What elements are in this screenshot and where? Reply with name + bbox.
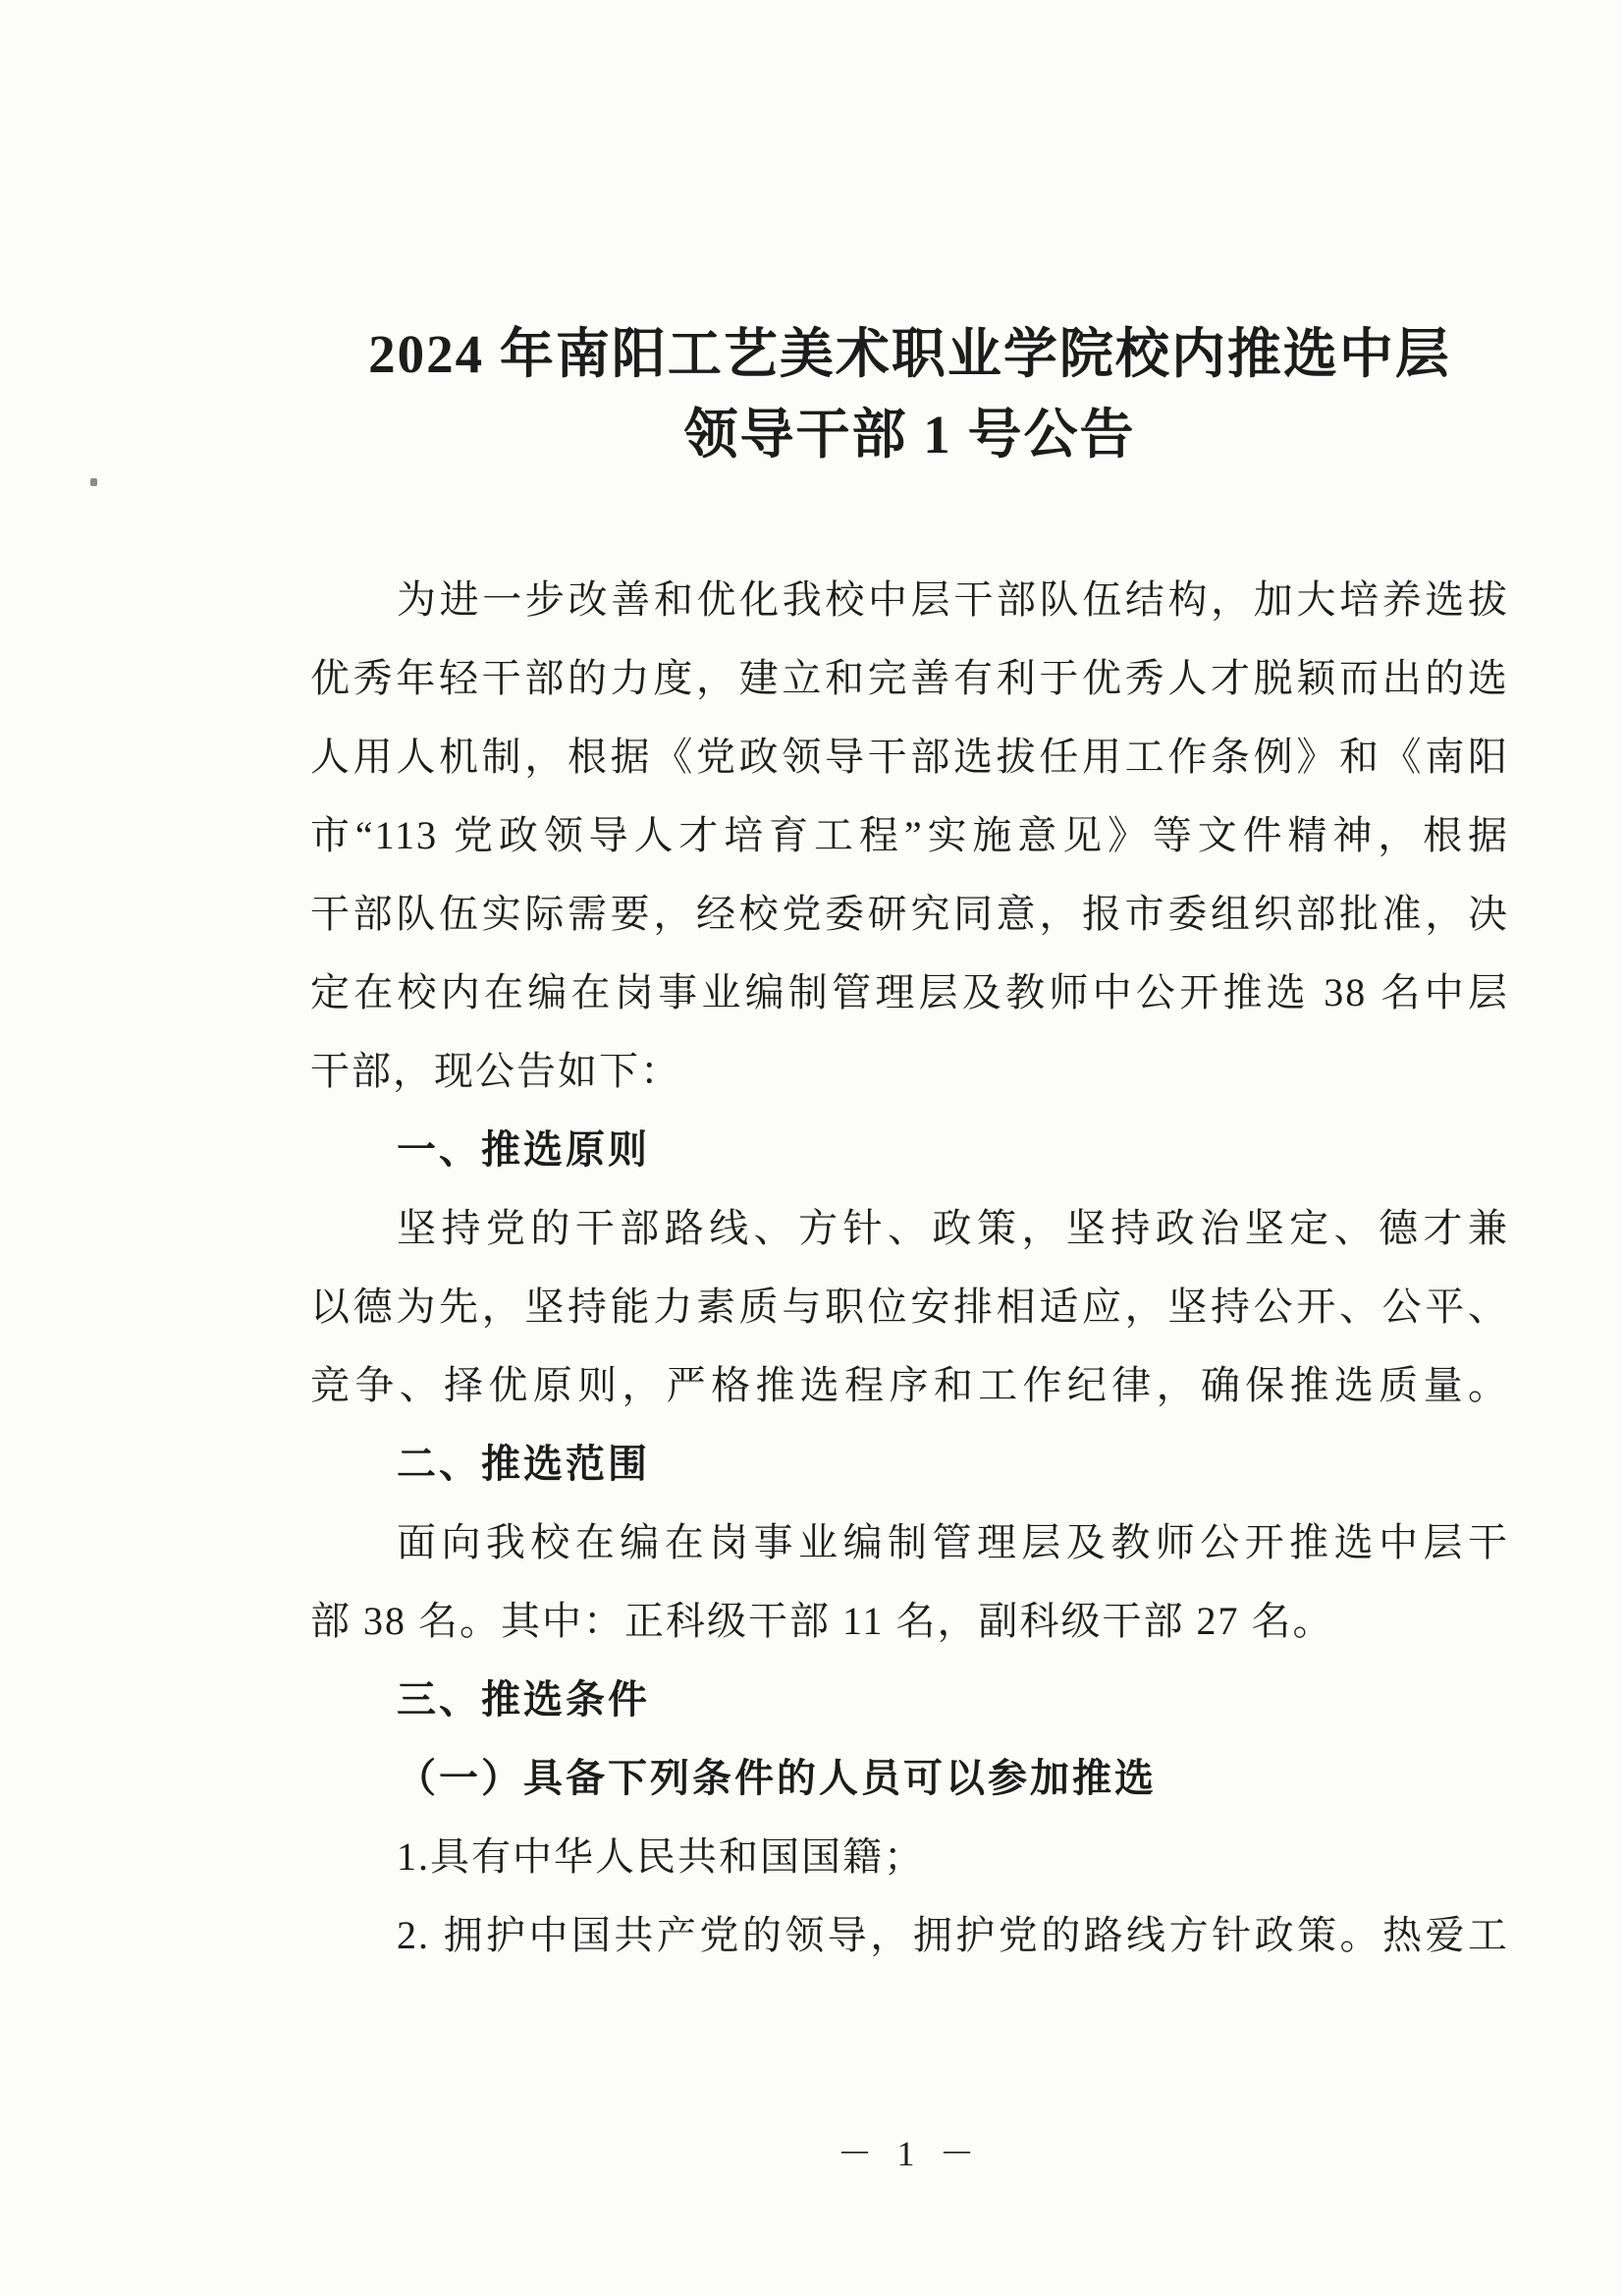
document-body: 为进一步改善和优化我校中层干部队伍结构，加大培养选拔 优秀年轻干部的力度，建立和… (310, 561, 1509, 1975)
title-line-1: 2024 年南阳工艺美术职业学院校内推选中层 (310, 314, 1509, 395)
section-heading-1: 一、推选原则 (310, 1111, 1509, 1189)
scanned-document-page: 2024 年南阳工艺美术职业学院校内推选中层 领导干部 1 号公告 为进一步改善… (0, 0, 1623, 2296)
intro-paragraph-line: 干部队伍实际需要，经校党委研究同意，报市委组织部批准，决 (310, 875, 1509, 954)
scope-paragraph-line: 面向我校在编在岗事业编制管理层及教师公开推选中层干 (310, 1503, 1509, 1582)
page-number-footer: － 1 － (310, 2118, 1509, 2189)
document-title: 2024 年南阳工艺美术职业学院校内推选中层 领导干部 1 号公告 (310, 0, 1509, 475)
scope-paragraph-line: 部 38 名。其中：正科级干部 11 名，副科级干部 27 名。 (310, 1582, 1509, 1661)
section-heading-2: 二、推选范围 (310, 1425, 1509, 1503)
title-line-2: 领导干部 1 号公告 (310, 395, 1509, 475)
document-content: 2024 年南阳工艺美术职业学院校内推选中层 领导干部 1 号公告 为进一步改善… (310, 0, 1509, 1975)
intro-paragraph-line: 干部，现公告如下： (310, 1032, 1509, 1111)
principles-paragraph-line: 竞争、择优原则，严格推选程序和工作纪律，确保推选质量。 (310, 1346, 1509, 1425)
condition-item-2: 2. 拥护中国共产党的领导，拥护党的路线方针政策。热爱工 (310, 1896, 1509, 1975)
principles-paragraph-line: 以德为先，坚持能力素质与职位安排相适应，坚持公开、公平、 (310, 1268, 1509, 1346)
intro-paragraph-line: 为进一步改善和优化我校中层干部队伍结构，加大培养选拔 (310, 561, 1509, 639)
intro-paragraph-line: 定在校内在编在岗事业编制管理层及教师中公开推选 38 名中层 (310, 954, 1509, 1032)
scan-speck (90, 478, 97, 486)
condition-item-1: 1.具有中华人民共和国国籍； (310, 1818, 1509, 1896)
intro-paragraph-line: 优秀年轻干部的力度，建立和完善有利于优秀人才脱颖而出的选 (310, 639, 1509, 718)
intro-paragraph-line: 市“113 党政领导人才培育工程”实施意见》等文件精神，根据 (310, 796, 1509, 875)
section-heading-3: 三、推选条件 (310, 1661, 1509, 1739)
intro-paragraph-line: 人用人机制，根据《党政领导干部选拔任用工作条例》和《南阳 (310, 718, 1509, 796)
subsection-heading-1: （一）具备下列条件的人员可以参加推选 (310, 1739, 1509, 1818)
principles-paragraph-line: 坚持党的干部路线、方针、政策，坚持政治坚定、德才兼备、 (310, 1189, 1509, 1268)
